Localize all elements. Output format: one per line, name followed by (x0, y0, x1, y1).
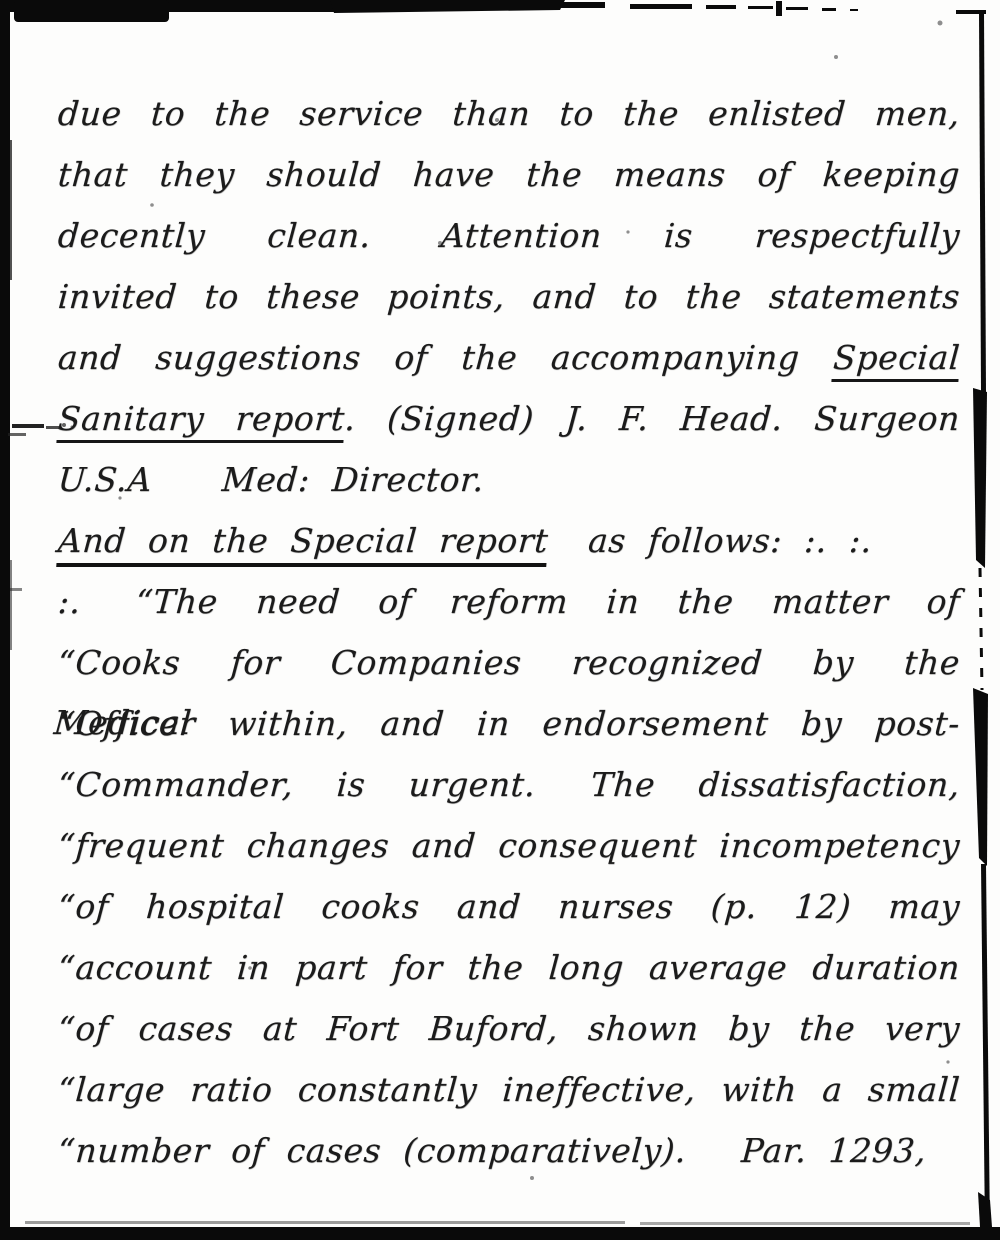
line-text: “Commander, is urgent. (57, 765, 537, 804)
line-text: “account in part for the long average du… (57, 948, 962, 987)
line-text: “large ratio constantly ineffective, wit… (57, 1070, 962, 1109)
handwritten-line: “Officer within, and in endorsement by p… (56, 694, 962, 755)
scan-edge-left (0, 0, 12, 1240)
handwritten-line: “frequent changes and consequent incompe… (56, 816, 962, 877)
underlined-phrase: Special (832, 338, 962, 382)
line-text: invited to these points, and to the stat… (57, 277, 962, 316)
handwritten-line: “number of cases (comparatively).Par. 12… (56, 1121, 962, 1182)
gap (151, 490, 221, 491)
handwritten-line: “Commander, is urgent.The dissatisfactio… (56, 755, 962, 816)
line-text: The dissatisfaction, (589, 765, 961, 804)
handwritten-line: decently clean.Attention is respectfully (56, 206, 962, 267)
handwritten-line: “account in part for the long average du… (56, 938, 962, 999)
line-text: “frequent changes and consequent incompe… (57, 826, 962, 865)
line-text: “Officer within, and in endorsement by p… (57, 704, 962, 743)
line-text: due to the service than to the enlisted … (57, 94, 962, 133)
scan-edge-top (0, 0, 858, 22)
handwritten-line: “of cases at Fort Buford, shown by the v… (56, 999, 962, 1060)
gap (535, 795, 590, 796)
gap (80, 612, 135, 613)
gap (370, 246, 440, 247)
line-text: Attention is respectfully (440, 216, 962, 255)
line-text: and suggestions of the accompanying (57, 338, 801, 377)
handwritten-line: “Cooks for Companies recognized by the M… (56, 633, 962, 694)
gap (547, 551, 587, 552)
scan-edge-right (956, 10, 992, 1234)
handwritten-line: “large ratio constantly ineffective, wit… (56, 1060, 962, 1121)
handwritten-line: And on the Special reportas follows: :. … (56, 511, 962, 572)
line-text: decently clean. (57, 216, 373, 255)
line-text: Par. 1293, (740, 1131, 928, 1170)
line-text: that they should have the means of keepi… (57, 155, 962, 194)
handwritten-text-block: due to the service than to the enlisted … (58, 84, 960, 1182)
handwritten-line: due to the service than to the enlisted … (56, 84, 962, 145)
line-text: U.S.A (57, 460, 154, 499)
line-text: as follows: :. :. (587, 521, 874, 560)
handwritten-line: “of hospital cooks and nurses (p. 12) ma… (56, 877, 962, 938)
scan-edge-bottom (0, 1221, 1000, 1240)
underlined-phrase: And on the Special report (56, 521, 549, 567)
margin-mark: :. (57, 582, 83, 621)
line-text: “of cases at Fort Buford, shown by the v… (57, 1009, 962, 1048)
handwritten-line: :.“The need of reform in the matter of (56, 572, 962, 633)
gap (686, 1161, 741, 1162)
handwritten-line: U.S.AMed: Director. (56, 450, 962, 511)
handwritten-line: and suggestions of the accompanying Spec… (56, 328, 962, 389)
handwritten-line: invited to these points, and to the stat… (56, 267, 962, 328)
scanned-document-page: due to the service than to the enlisted … (0, 0, 1000, 1240)
handwritten-line: Sanitary report. (Signed) J. F. Head. Su… (56, 389, 962, 450)
line-text: “number of cases (comparatively). (57, 1131, 688, 1170)
line-text: “The need of reform in the matter of (135, 582, 962, 621)
line-text: “of hospital cooks and nurses (p. 12) ma… (57, 887, 962, 926)
line-text: . (Signed) J. F. Head. Surgeon (343, 399, 961, 438)
handwritten-line: that they should have the means of keepi… (56, 145, 962, 206)
underlined-phrase: Sanitary report (56, 399, 346, 443)
line-text: Med: Director. (221, 460, 486, 499)
